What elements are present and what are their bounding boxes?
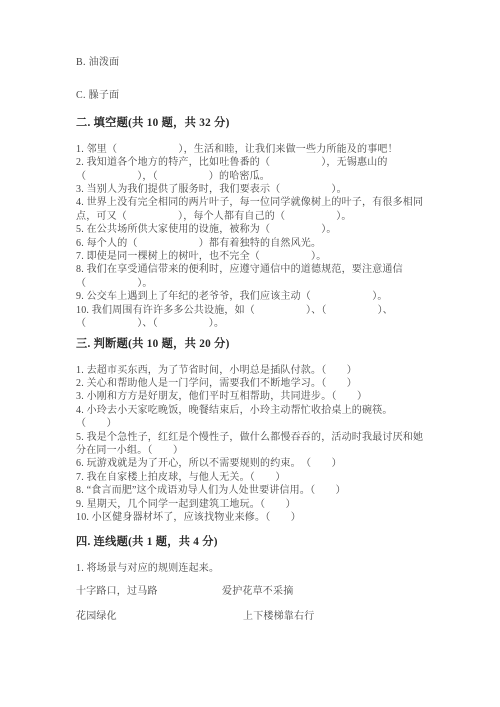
fill-blank-question-5: 5. 在公共场所供大家使用的设施，被称为（ ）。 [76,223,440,236]
true-false-question-7: 7. 我在自家楼上拍皮球，与他人无关。（ ） [76,471,440,484]
fill-blank-question-8: 8. 我们在享受通信带来的便利时，应遵守通信中的道德规范，要注意通信 （ ）。 [76,263,440,290]
fill-blank-question-list: 1. 邻里（ ），生活和睦，让我们来做一些力所能及的事吧！ 2. 我知道各个地方… [76,143,440,331]
matching-rule-1: 爱护花草不采摘 [222,585,293,598]
section-title-true-false: 三. 判断题(共 10 题，共 20 分) [76,337,440,352]
fill-blank-question-10: 10. 我们周围有许许多多公共设施，如（ ）、（ ）、 （ ）、（ ）。 [76,304,440,331]
choice-option-b: B. 油泼面 [76,56,440,69]
section-title-matching: 四. 连线题(共 1 题，共 4 分) [76,535,440,550]
fill-blank-question-4: 4. 世界上没有完全相同的两片叶子，每一位同学就像树上的叶子，有很多相同 点，可… [76,196,440,223]
fill-blank-question-7: 7. 即使是同一棵树上的树叶，也不完全（ ）。 [76,250,440,263]
true-false-question-10: 10. 小区健身器材坏了，应该找物业来修。（ ） [76,511,440,524]
choice-option-c: C. 臊子面 [76,89,440,102]
true-false-question-list: 1. 去超市买东西，为了节省时间，小明总是插队付款。（ ） 2. 关心和帮助他人… [76,364,440,525]
true-false-question-1: 1. 去超市买东西，为了节省时间，小明总是插队付款。（ ） [76,364,440,377]
matching-rule-2: 上下楼梯靠右行 [243,610,314,623]
true-false-question-4: 4. 小玲去小天家吃晚饭，晚餐结束后，小玲主动帮忙收拾桌上的碗筷。 （ ） [76,404,440,431]
matching-instruction: 1. 将场景与对应的规则连起来。 [76,562,440,575]
true-false-question-5: 5. 我是个急性子，红红是个慢性子，做什么都慢吞吞的，活动时我最讨厌和她 分在同… [76,431,440,458]
matching-area: 十字路口，过马路 爱护花草不采摘 花园绿化 上下楼梯靠右行 [76,585,440,623]
true-false-question-2: 2. 关心和帮助他人是一门学问，需要我们不断地学习。（ ） [76,377,440,390]
matching-scene-2: 花园绿化 [76,610,117,623]
matching-row-1: 十字路口，过马路 爱护花草不采摘 [76,585,440,598]
fill-blank-question-3: 3. 当别人为我们提供了服务时，我们要表示（ ）。 [76,183,440,196]
matching-row-2: 花园绿化 上下楼梯靠右行 [76,610,440,623]
fill-blank-question-9: 9. 公交车上遇到上了年纪的老爷爷，我们应该主动（ ）。 [76,290,440,303]
fill-blank-question-1: 1. 邻里（ ），生活和睦，让我们来做一些力所能及的事吧！ [76,143,440,156]
fill-blank-question-2: 2. 我知道各个地方的特产，比如吐鲁番的（ ），无锡惠山的 （ ），（ ）的哈密… [76,156,440,183]
fill-blank-question-6: 6. 每个人的（ ）都有着独特的自然风光。 [76,237,440,250]
exam-paper-page: B. 油泼面 C. 臊子面 二. 填空题(共 10 题，共 32 分) 1. 邻… [0,0,500,707]
page-content: B. 油泼面 C. 臊子面 二. 填空题(共 10 题，共 32 分) 1. 邻… [76,56,440,623]
true-false-question-3: 3. 小刚和方方是好朋友，他们平时互相帮助，共同进步。（ ） [76,390,440,403]
true-false-question-8: 8. “食言而肥”这个成语劝导人们为人处世要讲信用。（ ） [76,484,440,497]
section-title-fill-blank: 二. 填空题(共 10 题，共 32 分) [76,116,440,131]
matching-scene-1: 十字路口，过马路 [76,585,158,598]
true-false-question-9: 9. 星期天，几个同学一起到建筑工地玩。（ ） [76,498,440,511]
true-false-question-6: 6. 玩游戏就是为了开心，所以不需要规则的约束。 （ ） [76,457,440,470]
